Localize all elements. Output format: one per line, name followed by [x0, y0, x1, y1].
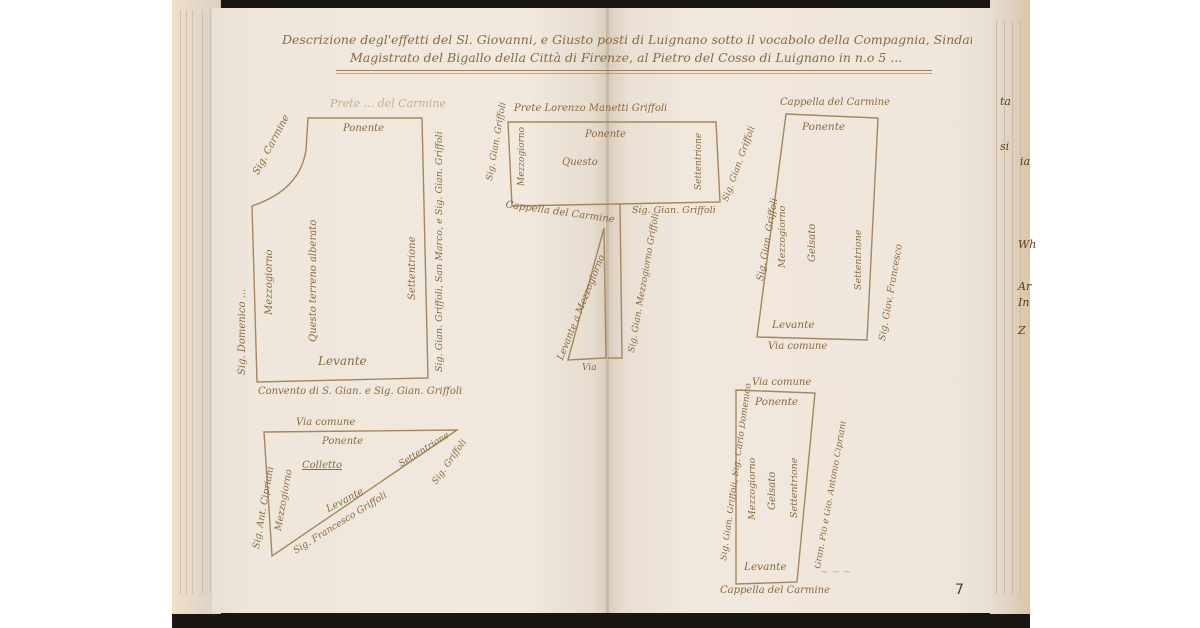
plot-c-above: Prete Lorenzo Manetti Griffoli	[514, 104, 667, 114]
plot-f-ponente: Ponente	[755, 397, 798, 408]
title-underline-2	[336, 73, 932, 74]
edge-bleed-5: Ar	[1018, 280, 1031, 293]
plot-b-via: Via comune	[296, 418, 355, 428]
edge-bleed-7: Z	[1018, 324, 1026, 337]
edge-bleed-4: Wh	[1018, 238, 1036, 251]
plot-c-below-right: Sig. Gian. Griffoli	[632, 206, 716, 216]
plot-f-right-inner: Settentrione	[790, 458, 800, 518]
title-line-1: Descrizione degl'effetti del Sl. Giovann…	[282, 34, 972, 47]
title-underline	[336, 70, 932, 71]
plot-d-below: Via	[582, 364, 597, 373]
plot-a-levante: Levante	[318, 355, 367, 367]
plot-a-left-outer: Sig. Domenico ...	[238, 289, 248, 375]
edge-bleed-6: In	[1018, 296, 1029, 309]
plot-a-center: Questo terreno alberato	[309, 220, 319, 342]
plot-a-below: Convento di S. Gian. e Sig. Gian. Griffo…	[258, 387, 462, 397]
plot-e-levante: Levante	[772, 320, 815, 331]
plot-a-inner-left: Mezzogiorno	[265, 249, 275, 315]
plot-e-right-inner: Settentrione	[854, 230, 864, 290]
plot-e-above: Cappella del Carmine	[780, 98, 890, 108]
plot-c-ponente: Ponente	[585, 130, 626, 140]
plot-a-right-outer: Sig. Gian. Griffoli, San Marco, e Sig. G…	[435, 112, 445, 372]
plot-f-below: Cappella del Carmine	[720, 586, 830, 596]
plot-f-levante: Levante	[744, 562, 787, 573]
plot-e-center: Gelsato	[808, 224, 818, 262]
plot-c-left: Mezzogiorno	[518, 127, 527, 186]
plot-f-left-inner: Mezzogiorno	[748, 458, 758, 520]
plot-e-via: Via comune	[768, 342, 827, 352]
plot-f-via: Via comune	[752, 378, 811, 388]
edge-bleed-3: ia	[1020, 155, 1030, 168]
plot-b-ponente: Ponente	[322, 437, 363, 447]
plot-f-center: Gelsato	[768, 472, 778, 510]
plot-b-center: Colletto	[302, 461, 342, 471]
plot-e-ponente: Ponente	[802, 122, 845, 133]
plot-c-right: Settentrione	[695, 133, 704, 190]
plot-e-left-inner: Mezzogiorno	[778, 206, 788, 268]
edge-bleed-2: si	[1000, 140, 1009, 153]
plot-a-inner-right: Settentrione	[408, 236, 418, 300]
bleed-through-text: ~ ~ ~	[820, 568, 852, 578]
plot-c-center: Questo	[562, 158, 598, 168]
faint-header: Prete ... del Carmine	[330, 98, 446, 109]
folio-number: 7	[955, 582, 964, 598]
plot-a-ponente: Ponente	[343, 124, 384, 134]
title-line-2: Magistrato del Bigallo della Città di Fi…	[350, 52, 902, 65]
book-gutter	[606, 8, 609, 613]
edge-bleed-1: ta	[1000, 95, 1011, 108]
